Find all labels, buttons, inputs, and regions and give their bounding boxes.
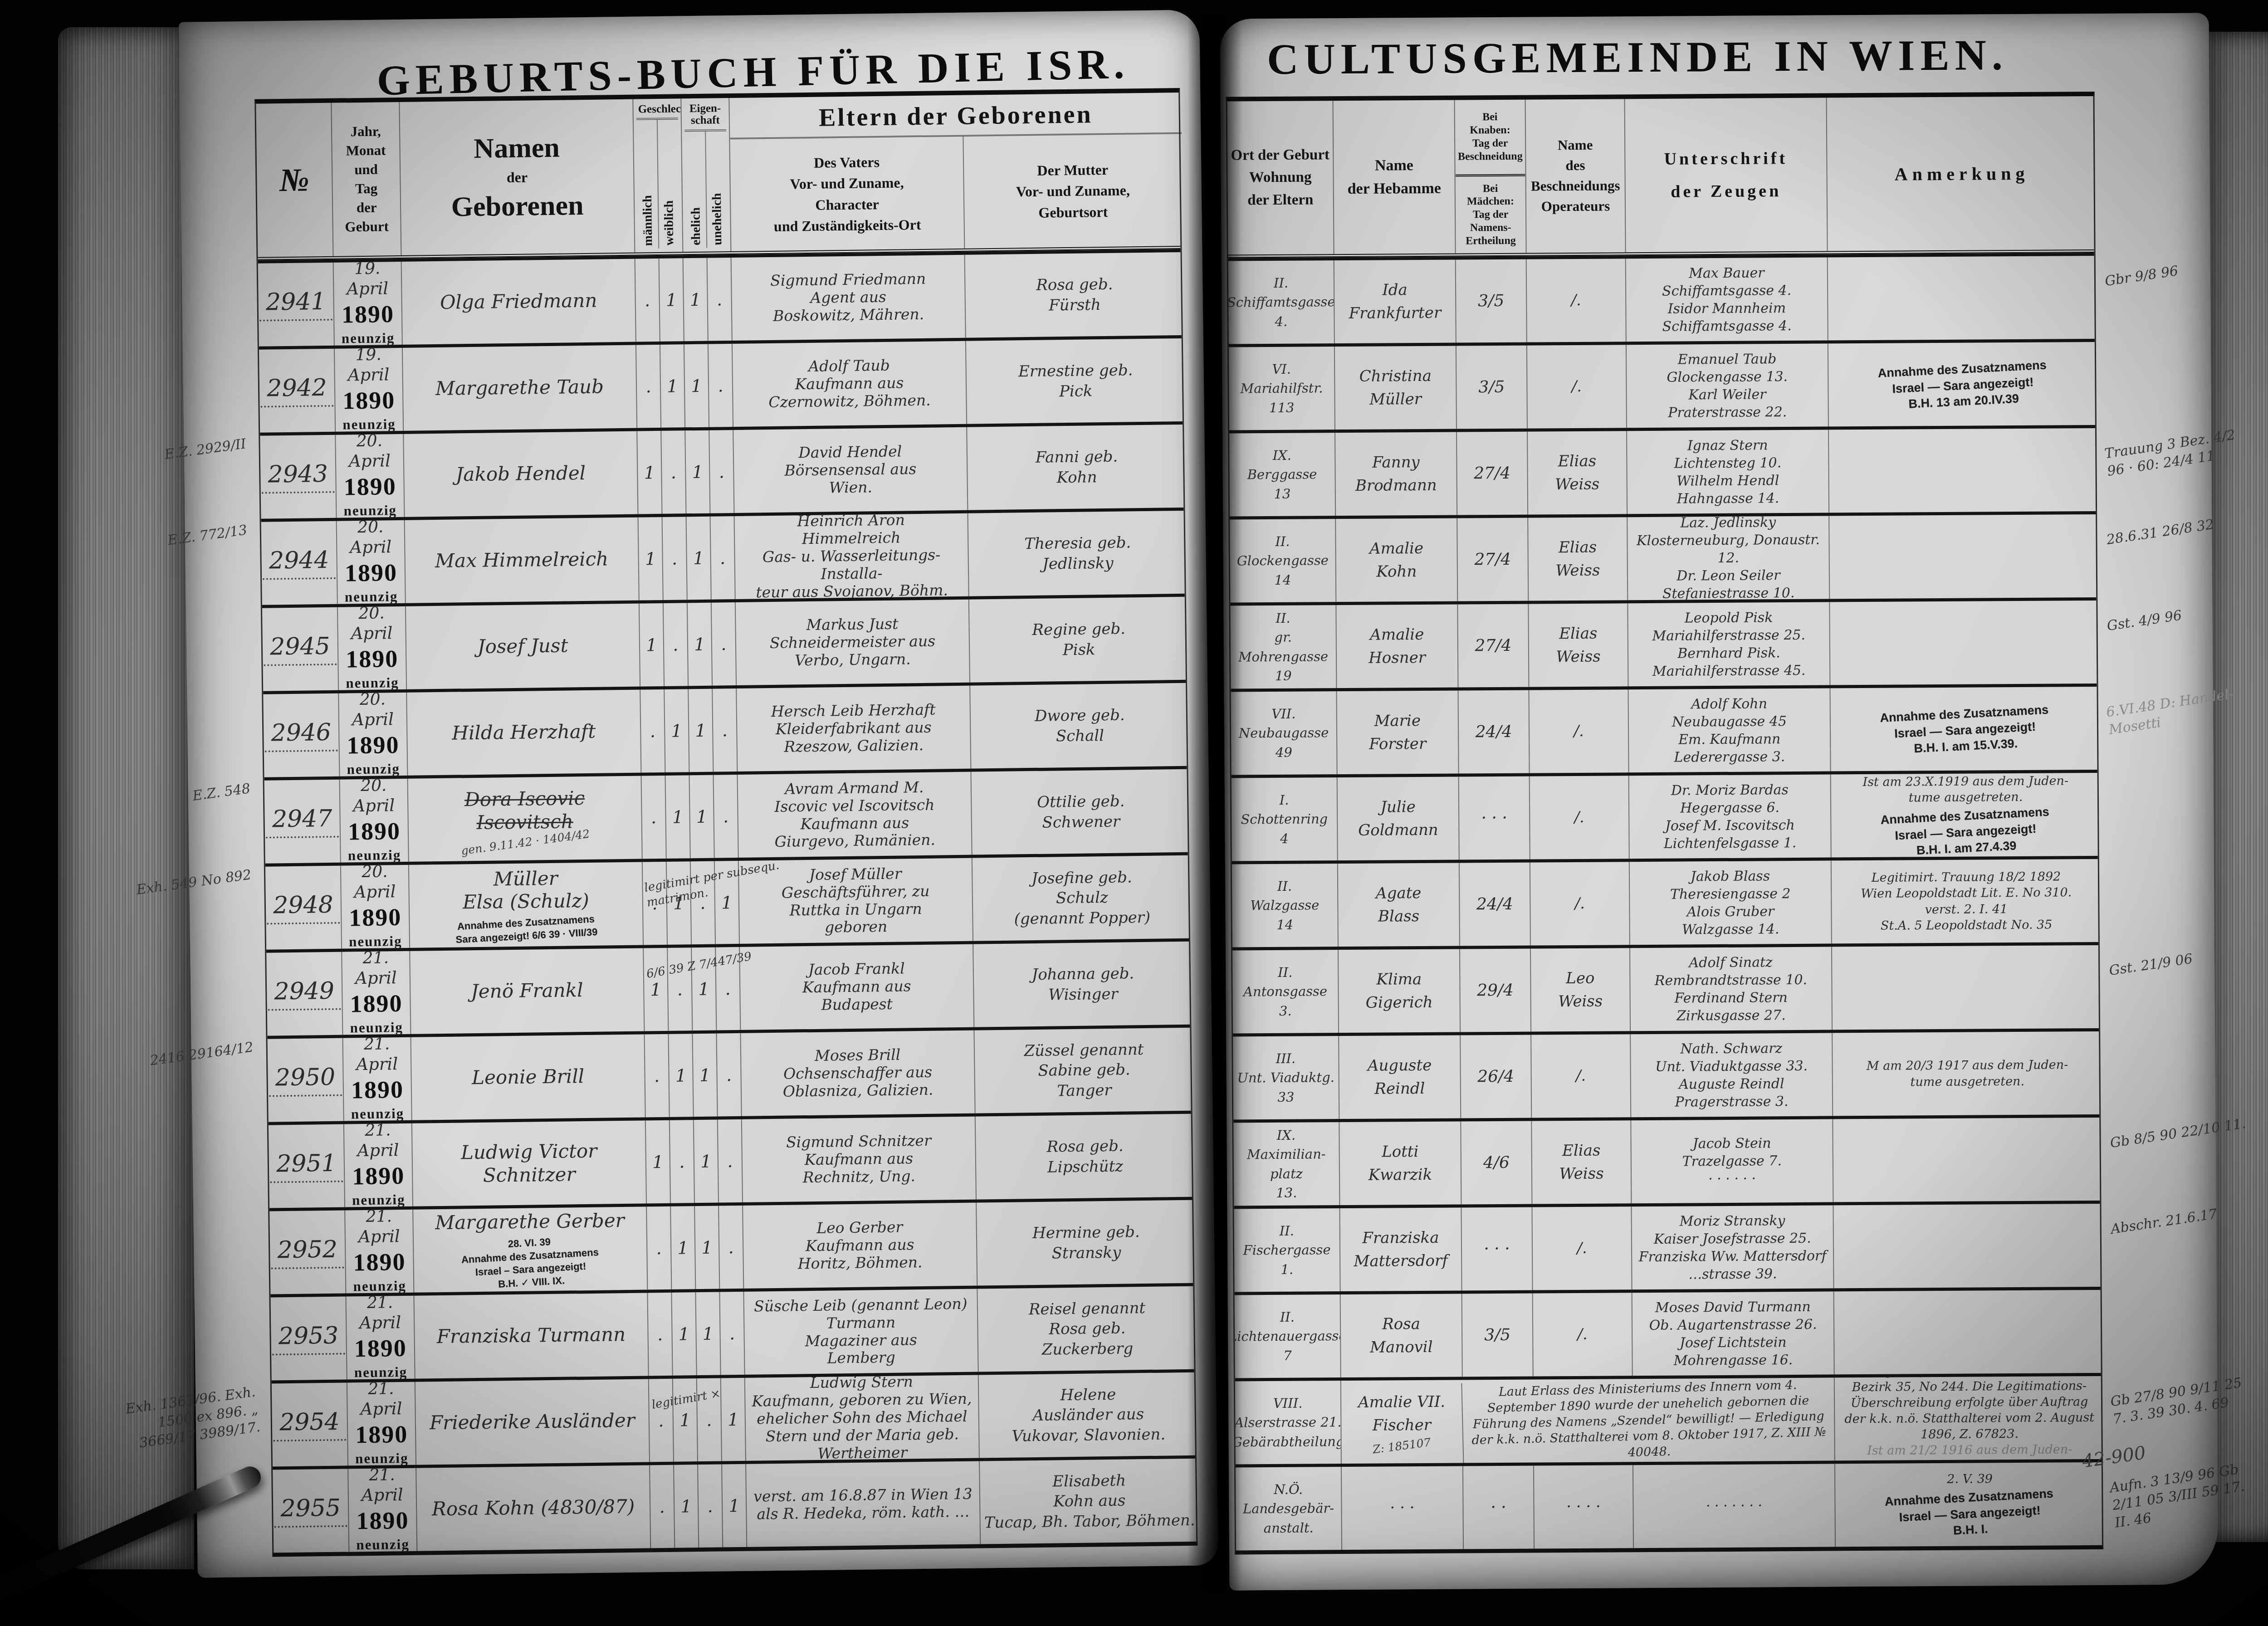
midwife-name: Christina Müller <box>1359 364 1432 411</box>
circumcision-naming-day: 24/4 <box>1457 690 1529 774</box>
mark-male: 1 <box>645 1120 670 1204</box>
entry-number: 2950 <box>269 1063 342 1097</box>
entry-number: 2941 <box>259 288 332 321</box>
mark-male: 1 <box>639 603 664 687</box>
birth-year-word: neunzig <box>345 588 398 604</box>
entry-number-cell: 2942 <box>259 349 335 433</box>
birth-year-word: neunzig <box>343 502 397 518</box>
birth-month: April <box>359 1313 401 1333</box>
entry-number: 2951 <box>270 1149 343 1183</box>
birth-year: 1890 <box>355 1420 408 1449</box>
birth-year-word: neunzig <box>347 761 400 776</box>
register-row-right: II. Schiffamtsgasse 4.Ida Frankfurter3/5… <box>1228 253 2095 344</box>
entry-number-cell: 2955 <box>273 1469 348 1553</box>
mark-legitimate: 1 <box>686 517 711 600</box>
column-header-birthplace: Ort der Geburt Wohnung der Eltern <box>1227 101 1334 254</box>
birth-month: April <box>348 365 390 385</box>
child-name: Rosa Kohn (4830/87) <box>432 1495 635 1521</box>
father-entry: Moses Brill Ochsenschaffer aus Oblasniza… <box>740 1030 974 1116</box>
birth-year-word: neunzig <box>355 1450 409 1466</box>
mark-male: . <box>647 1293 672 1376</box>
mother-entry: Züssel genannt Sabine geb. Tanger <box>973 1028 1193 1113</box>
midwife-name: Amalie Hosner <box>1369 623 1426 669</box>
remark-stamp: Annahme des Zusatznamens Israel — Sara a… <box>1885 1485 2056 1542</box>
birthplace-address: III. Unt. Viaduktg. 33 <box>1233 1036 1339 1119</box>
column-header-legitimacy: Eigen-schaft ehelich unehelich <box>680 98 730 252</box>
circumcision-naming-day: 4/6 <box>1460 1121 1531 1205</box>
birth-date-cell: 20.April1890neunzig <box>335 434 404 518</box>
mark-legitimate: 1 <box>684 430 709 514</box>
child-name-cell: Dora Iscovic Iscovitschgen. 9.11.42 · 14… <box>407 776 642 862</box>
midwife-name: Agate Blass <box>1376 882 1422 928</box>
register-row-right: N.Ö. Landesgebär- anstalt.· · ·· ·· · · … <box>1236 1459 2102 1551</box>
witnesses-signatures: Dr. Moriz Bardas Hegergasse 6. Josef M. … <box>1628 775 1831 859</box>
remark-cell <box>1832 1118 2102 1202</box>
birth-day: 20. <box>358 606 385 623</box>
father-entry: Leo Gerber Kaufmann aus Horitz, Böhmen. <box>742 1203 977 1289</box>
mark-male: . <box>648 1379 673 1462</box>
birth-date-cell: 21.April1890neunzig <box>347 1468 416 1552</box>
birth-year: 1890 <box>352 1162 405 1190</box>
mark-illegitimate: . <box>710 516 735 600</box>
child-name-cell: Müller Elsa (Schulz)Annahme des Zusatzna… <box>408 862 643 948</box>
mark-female: . <box>660 430 685 514</box>
mark-male: 1 <box>643 948 668 1031</box>
birth-year-word: neunzig <box>342 330 395 346</box>
entry-number: 2948 <box>267 891 340 924</box>
remark-stamp: Annahme des Zusatznamens Israel — Sara a… <box>1880 804 2051 858</box>
entry-number-cell: 2945 <box>262 607 338 691</box>
midwife-name: Marie Forster <box>1369 709 1427 756</box>
birth-date-cell: 19.April1890neunzig <box>333 262 402 346</box>
register-row-right: IX. Maximilian- platz 13.Lotti Kwarzik4/… <box>1233 1114 2100 1206</box>
witnesses-signatures: Emanuel Taub Glockengasse 13. Karl Weile… <box>1626 344 1828 428</box>
birth-date-cell: 21.April1890neunzig <box>345 1296 414 1380</box>
mother-entry: Johanna geb. Wisinger <box>973 942 1193 1027</box>
circumcision-naming-day: 3/5 <box>1456 346 1527 429</box>
birth-day: 19. <box>355 348 381 364</box>
operator-name: /. <box>1532 1293 1632 1376</box>
witnesses-signatures: Moses David Turmann Ob. Augartenstrasse … <box>1632 1291 1834 1376</box>
witnesses-signatures: Moriz Stransky Kaiser Josefstrasse 25. F… <box>1631 1205 1833 1289</box>
birth-year-word: neunzig <box>351 1105 405 1121</box>
entry-number-cell: 2954 <box>272 1383 347 1467</box>
birth-day: 20. <box>362 865 388 881</box>
register-row-left: 294219.April1890neunzigMargarethe Taub.1… <box>259 335 1183 433</box>
birth-year-word: neunzig <box>352 1191 406 1207</box>
midwife-name: Fanny Brodmann <box>1355 450 1437 497</box>
column-header-witnesses: Unterschrift der Zeugen <box>1624 98 1827 253</box>
midwife-name: Ida Frankfurter <box>1349 278 1441 325</box>
witnesses-signatures: Adolf Kohn Neubaugasse 45 Em. Kaufmann L… <box>1628 688 1830 773</box>
register-row-right: II. gr. Mohrengasse 19Amalie Hosner27/4E… <box>1230 597 2097 689</box>
entry-number-cell: 2952 <box>269 1211 345 1294</box>
birth-day: 21. <box>366 1210 392 1226</box>
mark-illegitimate: . <box>712 688 737 772</box>
child-name-cell: Margarethe Taub <box>402 345 636 431</box>
birth-date-cell: 20.April1890neunzig <box>339 779 408 863</box>
remark-cell <box>1829 601 2099 685</box>
birth-year: 1890 <box>349 903 402 932</box>
birth-year-word: neunzig <box>346 674 399 690</box>
mark-female: 1 <box>671 1292 696 1376</box>
birth-month: April <box>362 1485 403 1505</box>
birth-month: April <box>352 709 394 729</box>
midwife-name-cell: Auguste Reindl <box>1338 1035 1460 1119</box>
child-name: Jakob Hendel <box>455 462 586 486</box>
mark-female: 1 <box>665 775 690 859</box>
register-row-right: VIII. Alserstrasse 21. (Gebärabtheilung)… <box>1235 1373 2102 1465</box>
entry-number: 2944 <box>263 546 336 580</box>
child-name-cell: Franziska Turmann <box>413 1293 648 1378</box>
mark-male: 1 <box>636 431 661 514</box>
father-entry: Hersch Leib Herzhaft Kleiderfabrikant au… <box>736 686 970 771</box>
midwife-annotation: Z: 185107 <box>1372 1435 1432 1457</box>
birth-month: April <box>347 278 388 298</box>
mark-female: 1 <box>664 689 689 772</box>
circumcision-naming-day: 3/5 <box>1455 259 1526 343</box>
witnesses-signatures: Leopold Pisk Mariahilferstrasse 25. Bern… <box>1627 602 1829 687</box>
mother-entry: Rosa geb. Lipschütz <box>975 1114 1195 1200</box>
child-name: Margarethe Gerber <box>435 1209 625 1234</box>
mark-legitimate: 1 <box>692 1034 717 1117</box>
remark-cell: Ist am 23.X.1919 aus dem Juden- tume aus… <box>1830 773 2101 858</box>
mother-entry: Hermine geb. Stransky <box>976 1200 1196 1286</box>
birth-day: 21. <box>362 951 389 967</box>
birthplace-address: N.Ö. Landesgebär- anstalt. <box>1236 1467 1341 1550</box>
remark-stamp: Annahme des Zusatznamens Israel — Sara a… <box>1880 702 2051 759</box>
remark-cell: 2. V. 39Annahme des Zusatznamens Israel … <box>1834 1462 2105 1547</box>
register-row-right: VI. Mariahilfstr. 113Christina Müller3/5… <box>1229 339 2095 430</box>
mother-entry: Josefine geb. Schulz (genannt Popper) <box>972 855 1192 941</box>
register-row-left: 295221.April1890neunzigMargarethe Gerber… <box>269 1197 1193 1294</box>
father-entry: Avram Armand M. Iscovic vel Iscovitsch K… <box>737 772 971 858</box>
entry-number: 2952 <box>271 1235 344 1269</box>
child-name-cell: Margarethe Gerber28. VI. 39 Annahme des … <box>412 1206 647 1292</box>
mark-female: 1 <box>673 1465 698 1548</box>
register-row-right: III. Unt. Viaduktg. 33Auguste Reindl26/4… <box>1233 1028 2099 1120</box>
birth-date-cell: 20.April1890neunzig <box>337 606 406 690</box>
child-name-cell: Rosa Kohn (4830/87) <box>415 1465 650 1551</box>
birth-month: April <box>350 537 391 557</box>
operator-name: Leo Weiss <box>1530 948 1630 1031</box>
child-name: Olga Friedmann <box>440 289 597 314</box>
father-entry: David Hendel Börsensensal aus Wien. <box>733 427 967 513</box>
mark-female: 1 <box>668 1034 693 1117</box>
witnesses-signatures: Jakob Blass Theresiengasse 2 Alois Grube… <box>1629 861 1831 945</box>
parents-group-label: Eltern der Geborenen <box>729 93 1182 139</box>
mother-entry: Ernestine geb. Pick <box>965 338 1185 424</box>
birthplace-address: II. Schiffamtsgasse 4. <box>1228 260 1334 344</box>
birthplace-address: IX. Berggasse 13 <box>1229 433 1335 516</box>
birth-month: April <box>351 623 392 643</box>
column-header-parents: Eltern der Geborenen Des Vaters Vor- und… <box>728 93 1183 251</box>
birth-day: 21. <box>365 1123 391 1140</box>
male-subcolumn: männlich <box>636 120 658 249</box>
birth-year-word: neunzig <box>356 1536 410 1552</box>
entry-number-cell: 2943 <box>260 435 336 519</box>
column-header-circumcision-naming: Bei Knaben: Tag der Beschneidung Bei Mäd… <box>1454 100 1526 254</box>
illegitimate-subcolumn: unehelich <box>705 131 728 248</box>
entry-number-cell: 2953 <box>270 1297 346 1381</box>
remark-cell <box>1831 945 2102 1030</box>
mother-entry: Ottilie geb. Schwener <box>970 769 1190 855</box>
birth-day: 21. <box>368 1382 394 1398</box>
remark-cell <box>1833 1290 2104 1375</box>
circumcision-naming-day: 29/4 <box>1459 949 1530 1032</box>
entry-number-cell: 2951 <box>269 1124 344 1208</box>
male-label: männlich <box>640 192 655 249</box>
mark-illegitimate: . <box>719 1292 744 1375</box>
midwife-name-cell: Amalie VII. FischerZ: 185107 <box>1340 1380 1462 1464</box>
register-row-left: 294320.April1890neunzigJakob Hendel1.1.D… <box>260 421 1183 519</box>
mother-entry: Dwore geb. Schall <box>969 683 1189 769</box>
midwife-name: Auguste Reindl <box>1368 1054 1432 1100</box>
operator-name: /. <box>1526 345 1626 428</box>
witnesses-signatures: Adolf Sinatz Rembrandtstrasse 10. Ferdin… <box>1629 947 1832 1031</box>
column-header-mother: Der Mutter Vor- und Zuname, Geburtsort <box>963 134 1182 249</box>
spanning-official-note: Laut Erlass des Ministeriums des Innern … <box>1461 1374 1835 1466</box>
birth-year: 1890 <box>354 1334 407 1362</box>
female-subcolumn: weiblich <box>657 120 679 249</box>
child-name-cell: Ludwig Victor Schnitzer <box>411 1120 646 1206</box>
birth-day: 20. <box>357 520 384 537</box>
child-name: Friederike Ausländer <box>430 1409 635 1435</box>
operator-name: · · · · <box>1533 1465 1633 1548</box>
midwife-name-cell: Lotti Kwarzik <box>1339 1121 1461 1205</box>
mark-female: 1 <box>659 258 684 342</box>
remark-cell <box>1828 514 2099 599</box>
register-row-right: VII. Neubaugasse 49Marie Forster24/4/.Ad… <box>1231 684 2097 775</box>
child-name: Müller Elsa (Schulz) <box>462 867 589 914</box>
operator-name: /. <box>1528 689 1628 773</box>
column-header-midwife: Name der Hebamme <box>1333 100 1455 254</box>
left-table-rows: 294119.April1890neunzigOlga Friedmann.11… <box>258 249 1197 1553</box>
mark-legitimate: 1 <box>693 1120 718 1203</box>
child-name: Josef Just <box>477 635 568 659</box>
birth-month: April <box>358 1226 400 1246</box>
birth-year-word: neunzig <box>353 1278 406 1294</box>
witnesses-signatures: Ignaz Stern Lichtensteg 10. Wilhelm Hend… <box>1626 430 1828 514</box>
mark-male: . <box>635 345 660 428</box>
header-name-line1: Namen <box>474 132 560 165</box>
remark-cell <box>1833 1204 2103 1289</box>
book-spine-shadow <box>1188 14 1242 1592</box>
mark-illegitimate: . <box>718 1206 743 1289</box>
mark-male: . <box>640 689 665 773</box>
child-name-cell: Friederike Ausländer <box>415 1379 649 1465</box>
midwife-name: Franziska Mattersdorf <box>1354 1226 1448 1273</box>
column-header-remark: Anmerkung <box>1826 96 2097 251</box>
child-name-cell: Josef Just <box>405 604 640 689</box>
register-row-right: IX. Berggasse 13Fanny Brodmann27/4Elias … <box>1229 425 2096 517</box>
remark-cell: Wurde getauft 15 1896 in Wien, Pfarre 7.… <box>1834 1376 2104 1461</box>
mark-illegitimate: . <box>717 1119 742 1203</box>
birth-day: 21. <box>367 1296 393 1312</box>
entry-number: 2955 <box>274 1494 347 1528</box>
operator-name: /. <box>1530 1034 1630 1118</box>
mother-entry: Rosa geb. Fürsth <box>964 252 1184 338</box>
register-row-left: 294921.April1890neunzigJenö Frankl1.1.Ja… <box>266 938 1190 1036</box>
operator-name: Elias Weiss <box>1531 1120 1631 1204</box>
mark-female: . <box>669 1120 694 1203</box>
birthplace-address: II. Walzgasse 14 <box>1232 864 1338 947</box>
parents-subcolumns: Des Vaters Vor- und Zuname, Character un… <box>730 134 1183 251</box>
witnesses-signatures: Nath. Schwarz Unt. Viaduktgasse 33. Augu… <box>1630 1033 1832 1117</box>
mark-legitimate: 1 <box>689 775 714 859</box>
child-name: Hilda Herzhaft <box>452 720 596 745</box>
midwife-name: Amalie Kohn <box>1369 537 1424 583</box>
birth-year: 1890 <box>347 731 400 759</box>
mother-entry: Theresia geb. Jedlinsky <box>967 511 1187 596</box>
name-stamp: 28. VI. 39 Annahme des Zusatznamens Isra… <box>460 1232 600 1293</box>
left-page: GEBURTS-BUCH FÜR DIE ISR. № Jahr, Monat … <box>179 10 1218 1577</box>
midwife-name-cell: Klima Gigerich <box>1338 949 1460 1033</box>
mother-entry: Elisabeth Kohn aus Tucap, Bh. Tabor, Böh… <box>979 1459 1199 1544</box>
birth-year-word: neunzig <box>349 933 402 949</box>
mark-female: 1 <box>670 1206 695 1289</box>
birth-date-cell: 21.April1890neunzig <box>342 1037 411 1121</box>
midwife-name: · · · <box>1390 1496 1414 1519</box>
mark-legitimate: 1 <box>687 603 712 686</box>
entry-number-cell: 2947 <box>264 780 340 864</box>
birth-month: April <box>353 796 395 815</box>
column-header-sex: Geschlecht männlich weiblich <box>632 98 682 252</box>
birthplace-address: II. Antonsgasse 3. <box>1232 950 1338 1033</box>
birth-day: 21. <box>364 1037 390 1054</box>
register-row-left: 295421.April1890neunzigFriederike Auslän… <box>272 1369 1195 1467</box>
birth-month: April <box>349 451 391 471</box>
register-row-left: 294720.April1890neunzigDora Iscovic Isco… <box>264 766 1188 864</box>
remark-stamp: Annahme des Zusatznamens Israel — Sara a… <box>1877 357 2048 414</box>
register-row-left: 295521.April1890neunzigRosa Kohn (4830/8… <box>273 1455 1196 1553</box>
remark-handwritten: M am 20/3 1917 aus dem Juden- tume ausge… <box>1867 1057 2068 1090</box>
mark-male: . <box>641 776 666 859</box>
column-header-father: Des Vaters Vor- und Zuname, Character un… <box>730 137 964 251</box>
remark-cell: Annahme des Zusatznamens Israel — Sara a… <box>1829 687 2100 771</box>
legitimate-label: ehelich <box>689 205 704 248</box>
mark-legitimate: 1 <box>683 258 708 342</box>
birth-year: 1890 <box>342 300 395 328</box>
operator-name: /. <box>1526 259 1626 342</box>
child-name-cell: Hilda Herzhaft <box>406 690 640 776</box>
child-name: Franziska Turmann <box>437 1323 626 1348</box>
birth-month: April <box>360 1399 402 1419</box>
mark-male: . <box>649 1465 674 1548</box>
mark-female: . <box>663 603 688 686</box>
operator-name: Elias Weiss <box>1528 603 1628 687</box>
register-row-left: 295121.April1890neunzigLudwig Victor Sch… <box>269 1111 1192 1208</box>
birth-day: 20. <box>361 779 387 795</box>
remark-pencil: Ist am 21/2 1916 aus dem Juden- tume aus… <box>1867 1441 2072 1460</box>
header-boys-circumcision: Bei Knaben: Tag der Beschneidung <box>1455 100 1525 177</box>
mark-male: . <box>635 259 660 342</box>
entry-number: 2947 <box>266 805 339 838</box>
child-name-cell: Jakob Hendel <box>403 431 637 517</box>
child-name: Max Himmelreich <box>435 548 609 573</box>
birth-year: 1890 <box>345 558 398 587</box>
remark-cell: M am 20/3 1917 aus dem Juden- tume ausge… <box>1832 1031 2102 1116</box>
mark-legitimate: . <box>697 1464 722 1548</box>
legitimate-subcolumn: ehelich <box>684 131 706 248</box>
operator-name: /. <box>1531 1206 1631 1290</box>
father-entry: Markus Just Schneidermeister aus Verbo, … <box>735 600 969 685</box>
mark-male: . <box>644 1034 669 1118</box>
birthplace-address: I. Schottenring 4 <box>1232 777 1337 861</box>
mark-illegitimate: . <box>707 258 732 341</box>
midwife-name-cell: Amalie Kohn <box>1335 518 1457 602</box>
circumcision-naming-day: 27/4 <box>1457 518 1528 601</box>
birth-day: 20. <box>357 434 383 450</box>
legitimacy-subcolumns: ehelich unehelich <box>684 131 728 249</box>
birth-date-cell: 21.April1890neunzig <box>341 951 410 1035</box>
circumcision-naming-day: 27/4 <box>1457 604 1528 688</box>
mark-illegitimate: . <box>711 602 736 686</box>
midwife-name-cell: Rosa Manovil <box>1340 1294 1462 1377</box>
entry-number: 2945 <box>264 632 337 666</box>
name-stamp: Annahme des Zusatznamens Sara angezeigt!… <box>455 912 598 946</box>
father-entry: Sigmund Friedmann Agent aus Boskowitz, M… <box>731 255 965 341</box>
right-register-table: Ort der Geburt Wohnung der Eltern Name d… <box>1226 92 2103 1555</box>
birth-year: 1890 <box>343 472 396 501</box>
birth-date-cell: 19.April1890neunzig <box>334 348 403 432</box>
child-name-cell: Leonie Brill <box>411 1035 645 1120</box>
midwife-name-cell: Amalie Hosner <box>1335 605 1457 688</box>
mark-illegitimate: . <box>713 775 738 858</box>
mark-male: . <box>646 1206 671 1290</box>
remark-handwritten: Legitimirt. Trauung 18/2 1892 Wien Leopo… <box>1861 869 2072 934</box>
birthplace-address: IX. Maximilian- platz 13. <box>1233 1122 1339 1206</box>
sex-subcolumns: männlich weiblich <box>636 120 679 249</box>
header-name-line2: der <box>507 169 528 186</box>
father-entry: Süsche Leib (genannt Leon) Turmann Magaz… <box>743 1289 978 1375</box>
mother-entry: Fanni geb. Kohn <box>966 425 1186 510</box>
father-entry: Adolf Taub Kaufmann aus Czernowitz, Böhm… <box>732 341 966 427</box>
birth-year: 1890 <box>353 1248 406 1276</box>
book-photo: GEBURTS-BUCH FÜR DIE ISR. № Jahr, Monat … <box>0 0 2268 1626</box>
father-entry: Sigmund Schnitzer Kaufmann aus Rechnitz,… <box>741 1117 976 1202</box>
entry-number: 2942 <box>260 374 333 407</box>
register-row-right: II. Antonsgasse 3.Klima Gigerich29/4Leo … <box>1232 942 2099 1034</box>
midwife-name-cell: Agate Blass <box>1337 863 1459 947</box>
midwife-name: Lotti Kwarzik <box>1368 1140 1432 1187</box>
father-entry: Heinrich Aron Himmelreich Gas- u. Wasser… <box>734 513 968 599</box>
right-page-title: CULTUSGEMEINDE IN WIEN. <box>1238 29 2037 85</box>
midwife-name: Klima Gigerich <box>1365 967 1433 1014</box>
circumcision-naming-day: · · · <box>1461 1207 1532 1291</box>
birth-day: 20. <box>360 693 386 709</box>
remark-cell <box>1828 428 2098 513</box>
birth-day: 19. <box>354 262 381 278</box>
mark-legitimate: 1 <box>684 344 709 428</box>
left-register-table: № Jahr, Monat und Tag der Geburt Namen d… <box>254 88 1198 1557</box>
register-row-left: 294820.April1890neunzigMüller Elsa (Schu… <box>265 852 1189 950</box>
entry-number-cell: 2941 <box>258 263 334 347</box>
remark-handwritten: Wurde getauft 15 1896 in Wien, Pfarre 7.… <box>1839 1376 2100 1443</box>
operator-name: Elias Weiss <box>1527 431 1627 514</box>
operator-name: Elias Weiss <box>1527 517 1627 601</box>
column-header-operator: Name des Beschneidungs Operateurs <box>1525 99 1625 253</box>
mother-entry: Helene Ausländer aus Vukovar, Slavonien. <box>978 1372 1198 1458</box>
birth-date-cell: 21.April1890neunzig <box>344 1210 413 1294</box>
mother-entry: Reisel genannt Rosa geb. Zuckerberg <box>977 1286 1197 1372</box>
mark-legitimate: 1 <box>695 1292 720 1376</box>
midwife-name-cell: Ida Frankfurter <box>1334 260 1456 344</box>
left-table-header: № Jahr, Monat und Tag der Geburt Namen d… <box>256 93 1180 260</box>
entry-number: 2949 <box>268 977 341 1011</box>
entry-number: 2953 <box>272 1322 345 1355</box>
circumcision-naming-day: 24/4 <box>1459 863 1530 946</box>
